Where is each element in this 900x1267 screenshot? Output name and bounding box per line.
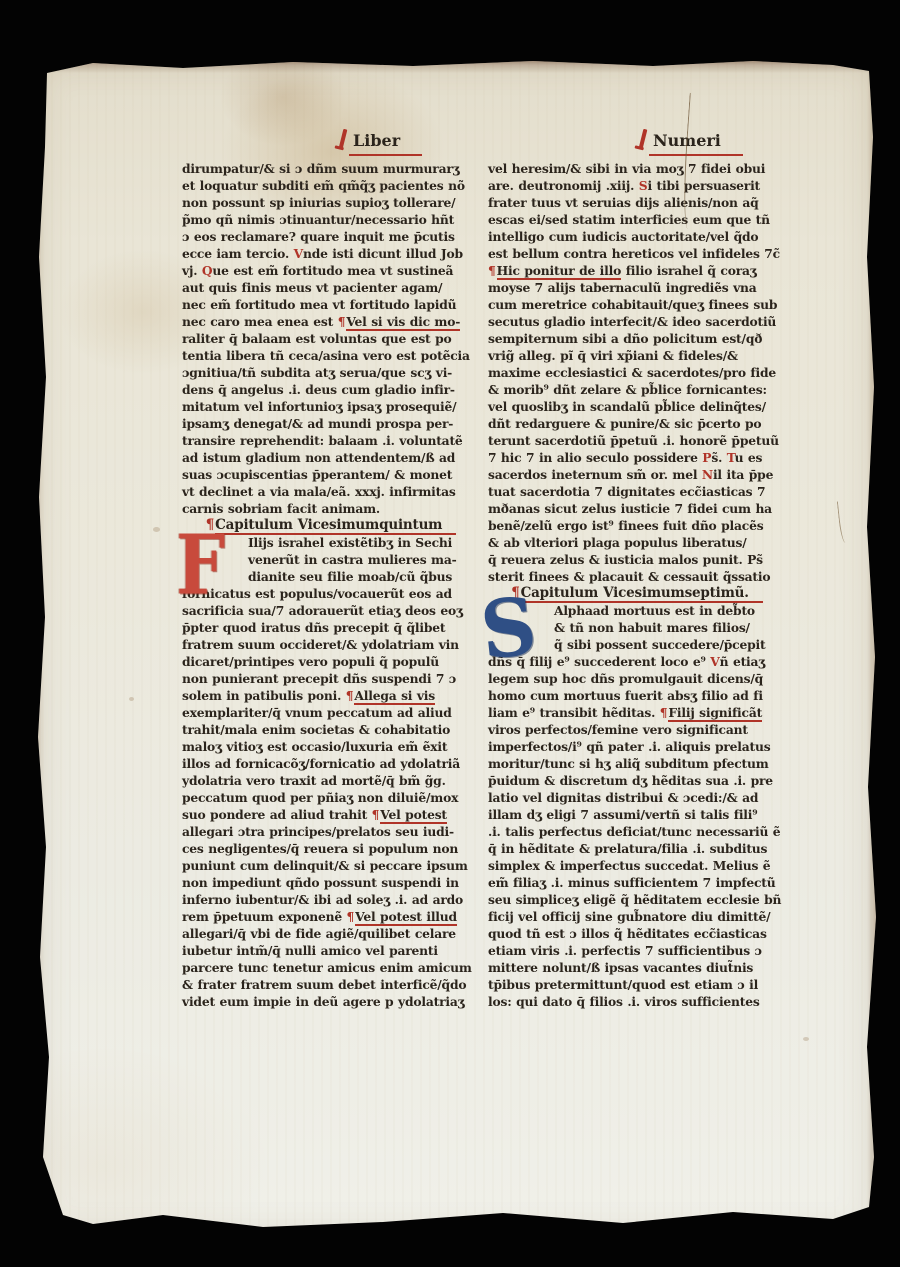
text-run: ue est em̃ fortitudo mea vt sustineã: [212, 263, 453, 278]
text-line: dñs q̄ filij e⁹ succederent loco e⁹ Vñ e…: [488, 653, 786, 670]
text-run: dñs q̄ filij e⁹ succederent loco e⁹: [488, 654, 710, 669]
text-run: escas ei/sed statim interficies eum que …: [488, 212, 770, 227]
text-run: Ilijs israhel existẽtibʒ in Sechi: [248, 535, 452, 550]
text-run: allegari ɔtra principes/prelatos seu iud…: [182, 824, 454, 839]
text-line: liam e⁹ transibit hẽditas. ¶Filij signif…: [488, 704, 786, 721]
text-line: homo cum mortuus fuerit absʒ filio ad fi: [488, 687, 786, 704]
rubricated-phrase: Vel si vis dic mo-: [346, 314, 460, 331]
text-line: maloʒ vitioʒ est occasio/luxuria em̃ ẽxi…: [182, 738, 480, 755]
text-run: tuat sacerdotia 7 dignitates ecc̃iastica…: [488, 484, 765, 499]
text-run: sterit finees & placauit & cessauit q̃ss…: [488, 569, 770, 584]
text-run: illos ad fornicacõʒ/fornicatio ad ydolat…: [182, 756, 460, 771]
text-run: il ita p̄pe: [713, 467, 773, 482]
text-line: q̄ in hẽditate & prelatura/filia .i. sub…: [488, 840, 786, 857]
text-run: q̄ reuera zelus & iusticia malos punit. …: [488, 552, 763, 567]
text-line: suas ɔcupiscentias p̄perantem/ & monet: [182, 466, 480, 483]
text-line: p̄uidum & discretum dʒ hẽditas sua .i. p…: [488, 772, 786, 789]
text-line: .i. talis perfectus deficiat/tunc necess…: [488, 823, 786, 840]
text-run: q̃ sibi possent succedere/p̄cepit: [554, 637, 765, 652]
text-line: ipsamʒ denegat/& ad mundi prospa per-: [182, 415, 480, 432]
text-line: illos ad fornicacõʒ/fornicatio ad ydolat…: [182, 755, 480, 772]
text-run: ecce iam tercio.: [182, 246, 294, 261]
text-run: aut quis finis meus vt pacienter agam/: [182, 280, 442, 295]
text-run: quod tñ est ɔ illos q̃ hẽditates ecc̃ias…: [488, 926, 767, 941]
text-line: nec em̃ fortitudo mea vt fortitudo lapid…: [182, 296, 480, 313]
rubricated-capital: V: [710, 654, 719, 669]
text-run: homo cum mortuus fuerit absʒ filio ad fi: [488, 688, 763, 703]
text-line: escas ei/sed statim interficies eum que …: [488, 211, 786, 228]
text-line: puniunt cum delinquit/& si peccare ipsum: [182, 857, 480, 874]
rubric-paraph-icon: [639, 129, 648, 149]
text-line: videt eum impie in deũ agere p ydolatria…: [182, 993, 480, 1010]
pilcrow-mark: ¶: [347, 909, 356, 924]
foxing-spot: [803, 1037, 809, 1041]
text-run: mðanas sicut zelus iusticie 7 fidei cum …: [488, 501, 772, 516]
text-run: p̄pter quod iratus dñs precepit q̄ q̃lib…: [182, 620, 445, 635]
text-line: trahit/mala enim societas & cohabitatio: [182, 721, 480, 738]
text-run: ficij vel officij sine gub̃natore diu di…: [488, 909, 770, 924]
text-line: sempiternum sibi a dño policitum est/qð: [488, 330, 786, 347]
text-line: nec caro mea enea est ¶Vel si vis dic mo…: [182, 313, 480, 330]
text-line: vj. Que est em̃ fortitudo mea vt sustine…: [182, 262, 480, 279]
text-run: legem sup hoc dñs promulgauit dicens/q̄: [488, 671, 763, 686]
text-run: viros perfectos/femine vero significant: [488, 722, 748, 737]
text-run: benẽ/zelũ ergo ist⁹ finees fuit dño plac…: [488, 518, 763, 533]
text-line: 7 hic 7 in alio seculo possidere Ps̃. Tu…: [488, 449, 786, 466]
text-line: dianite seu filie moab/cũ q̃bus: [182, 568, 480, 585]
text-line: raliter q̄ balaam est voluntas que est p…: [182, 330, 480, 347]
rubricated-phrase: Vel potest: [380, 807, 447, 824]
photo-background: Liber Numeri F dirumpatur/& si ɔ dñm suu…: [0, 0, 900, 1267]
text-line: sacrificia sua/7 adorauerũt etiaʒ deos e…: [182, 602, 480, 619]
text-line: tentia libera tñ ceca/asina vero est pot…: [182, 347, 480, 364]
text-line: p̄pter quod iratus dñs precepit q̄ q̃lib…: [182, 619, 480, 636]
text-run: maloʒ vitioʒ est occasio/luxuria em̃ ẽxi…: [182, 739, 447, 754]
text-run: secutus gladio interfecit/& ideo sacerdo…: [488, 314, 776, 329]
text-line: dñt redarguere & punire/& sic p̄certo po: [488, 415, 786, 432]
text-line: vel heresim/& sibi in via moʒ 7 fidei ob…: [488, 160, 786, 177]
text-run: frater tuus vt seruias dijs alienis/non …: [488, 195, 759, 210]
text-run: s̃.: [711, 450, 726, 465]
text-run: & tñ non habuit mares filios/: [554, 620, 750, 635]
text-line: venerũt in castra mulieres ma-: [182, 551, 480, 568]
paper-crack: [837, 501, 848, 544]
text-line: maxime ecclesiastici & sacerdotes/pro fi…: [488, 364, 786, 381]
text-run: sacrificia sua/7 adorauerũt etiaʒ deos e…: [182, 603, 463, 618]
text-line: & morib⁹ dñt zelare & pb̃lice fornicante…: [488, 381, 786, 398]
text-run: sempiternum sibi a dño policitum est/qð: [488, 331, 762, 346]
rubricated-capital: V: [294, 246, 303, 261]
text-line: & frater fratrem suum debet interficẽ/q̃…: [182, 976, 480, 993]
text-run: non possunt sp iniurias supioʒ tollerare…: [182, 195, 455, 210]
text-line: etiam viris .i. perfectis 7 sufficientib…: [488, 942, 786, 959]
text-run: tentia libera tñ ceca/asina vero est pot…: [182, 348, 470, 363]
text-line: are. deutronomij .xiij. Si tibi persuase…: [488, 177, 786, 194]
text-line: seu simpliceʒ eligẽ q̃ hẽditatem ecclesi…: [488, 891, 786, 908]
text-run: dianite seu filie moab/cũ q̃bus: [248, 569, 452, 584]
text-line: benẽ/zelũ ergo ist⁹ finees fuit dño plac…: [488, 517, 786, 534]
text-run: rem p̄petuum exponenẽ: [182, 909, 347, 924]
pilcrow-mark: ¶: [511, 585, 520, 601]
text-run: est bellum contra hereticos vel infidele…: [488, 246, 780, 261]
rubricated-capital: Q: [202, 263, 213, 278]
text-run: ɔ eos reclamare? quare inquit me p̄cutis: [182, 229, 455, 244]
text-run: ydolatria vero traxit ad mortẽ/q̄ bm̃ g̃…: [182, 773, 446, 788]
text-run: vt declinet a via mala/eã. xxxj. infirmi…: [182, 484, 456, 499]
text-line: mitatum vel infortunioʒ ipsaʒ prosequiẽ/: [182, 398, 480, 415]
text-run: liam e⁹ transibit hẽditas.: [488, 705, 660, 720]
text-line: tuat sacerdotia 7 dignitates ecc̃iastica…: [488, 483, 786, 500]
text-run: carnis sobriam facit animam.: [182, 501, 380, 516]
text-line: quod tñ est ɔ illos q̃ hẽditates ecc̃ias…: [488, 925, 786, 942]
text-line: allegari/q̄ vbi de fide agiẽ/quilibet ce…: [182, 925, 480, 942]
text-line: solem in patibulis poni. ¶Allega si vis: [182, 687, 480, 704]
text-run: q̄ in hẽditate & prelatura/filia .i. sub…: [488, 841, 767, 856]
rubricated-capital: T: [727, 450, 735, 465]
text-line: illam dʒ eligi 7 assumi/vertñ si talis f…: [488, 806, 786, 823]
text-run: iubetur intm̃/q̄ nulli amico vel parenti: [182, 943, 438, 958]
rubric-paraph-icon: [339, 129, 348, 149]
text-line: inferno iubentur/& ibi ad soleʒ .i. ad a…: [182, 891, 480, 908]
pilcrow-mark: ¶: [206, 517, 215, 533]
text-line: sacerdos ineternum sm̃ or. mel Nil ita p…: [488, 466, 786, 483]
text-line: imperfectos/i⁹ qñ pater .i. aliquis prel…: [488, 738, 786, 755]
text-run: ñ etiaʒ: [720, 654, 765, 669]
text-run: transire reprehendit: balaam .i. volunta…: [182, 433, 463, 448]
text-run: are. deutronomij .xiij.: [488, 178, 639, 193]
text-column-left: F dirumpatur/& si ɔ dñm suum murmurarʒet…: [182, 160, 480, 1010]
text-line: iubetur intm̃/q̄ nulli amico vel parenti: [182, 942, 480, 959]
foxing-spot: [129, 697, 134, 701]
text-run: dicaret/printipes vero populi q̃ populũ: [182, 654, 439, 669]
text-run: ad istum gladium non attendentem/ß ad: [182, 450, 455, 465]
text-line: parcere tunc tenetur amicus enim amicum: [182, 959, 480, 976]
text-line: ad istum gladium non attendentem/ß ad: [182, 449, 480, 466]
text-run: vrig̃ alleg. pĩ q̄ viri xp̃iani & fidele…: [488, 348, 738, 363]
text-run: p̃mo qñ nimis ɔtinuantur/necessario hñt: [182, 212, 454, 227]
text-run: raliter q̄ balaam est voluntas que est p…: [182, 331, 452, 346]
text-line: ces negligentes/q̄ reuera si populum non: [182, 840, 480, 857]
text-line: legem sup hoc dñs promulgauit dicens/q̄: [488, 670, 786, 687]
text-run: venerũt in castra mulieres ma-: [248, 552, 457, 567]
rubricated-phrase: Vel potest illud: [355, 909, 457, 926]
text-line: aut quis finis meus vt pacienter agam/: [182, 279, 480, 296]
text-line: cum meretrice cohabitauit/queʒ finees su…: [488, 296, 786, 313]
rubricated-phrase: Hic ponitur de illo: [497, 263, 621, 280]
text-line: secutus gladio interfecit/& ideo sacerdo…: [488, 313, 786, 330]
text-line: frater tuus vt seruias dijs alienis/non …: [488, 194, 786, 211]
running-title-liber: Liber: [349, 131, 422, 156]
text-run: em̃ filiaʒ .i. minus sufficientem 7 impf…: [488, 875, 776, 890]
text-run: filio israhel q̃ coraʒ: [621, 263, 756, 278]
text-line: fratrem suum occideret/& ydolatriam vin: [182, 636, 480, 653]
rubricated-phrase: Capitulum Vicesimumquintum: [215, 517, 456, 535]
rubricated-phrase: Capitulum Vicesimumseptimũ.: [521, 585, 763, 603]
text-column-right: S vel heresim/& sibi in via moʒ 7 fidei …: [488, 160, 786, 1010]
text-line: vel quoslibʒ in scandalũ pb̃lice delinq̃…: [488, 398, 786, 415]
text-run: vj.: [182, 263, 202, 278]
text-run: Alphaad mortuus est in deb̃to: [554, 603, 755, 618]
text-run: intelligo cum iudicis auctoritate/vel q̃…: [488, 229, 758, 244]
text-line: ydolatria vero traxit ad mortẽ/q̄ bm̃ g̃…: [182, 772, 480, 789]
text-line: sterit finees & placauit & cessauit q̃ss…: [488, 568, 786, 585]
chapter-heading: ¶Capitulum Vicesimumquintum: [182, 517, 480, 534]
text-run: et loquatur subditi em̃ qm̃q̃ʒ pacientes…: [182, 178, 465, 193]
text-run: & morib⁹ dñt zelare & pb̃lice fornicante…: [488, 382, 767, 397]
text-run: suo pondere ad aliud trahit: [182, 807, 372, 822]
text-line: tp̄ibus pretermittunt/quod est etiam ɔ i…: [488, 976, 786, 993]
text-run: nec caro mea enea est: [182, 314, 338, 329]
text-run: vel quoslibʒ in scandalũ pb̃lice delinq̃…: [488, 399, 766, 414]
text-line: suo pondere ad aliud trahit ¶Vel potest: [182, 806, 480, 823]
manuscript-leaf: Liber Numeri F dirumpatur/& si ɔ dñm suu…: [33, 57, 877, 1240]
text-line: allegari ɔtra principes/prelatos seu iud…: [182, 823, 480, 840]
text-run: latio vel dignitas distribui & ɔcedi:/& …: [488, 790, 758, 805]
text-line: & tñ non habuit mares filios/: [488, 619, 786, 636]
text-run: imperfectos/i⁹ qñ pater .i. aliquis prel…: [488, 739, 771, 754]
text-line: vt declinet a via mala/eã. xxxj. infirmi…: [182, 483, 480, 500]
text-run: ɔgnitiua/tñ subdita atʒ serua/que scʒ vi…: [182, 365, 452, 380]
text-run: inferno iubentur/& ibi ad soleʒ .i. ad a…: [182, 892, 463, 907]
text-run: & frater fratrem suum debet interficẽ/q̃…: [182, 977, 466, 992]
text-line: los: qui dato q̄ filios .i. viros suffic…: [488, 993, 786, 1010]
chapter-heading: ¶Capitulum Vicesimumseptimũ.: [488, 585, 786, 602]
text-run: videt eum impie in deũ agere p ydolatria…: [182, 994, 464, 1009]
text-run: dens q̄ angelus .i. deus cum gladio infi…: [182, 382, 455, 397]
text-run: parcere tunc tenetur amicus enim amicum: [182, 960, 472, 975]
text-line: non possunt sp iniurias supioʒ tollerare…: [182, 194, 480, 211]
text-line: dirumpatur/& si ɔ dñm suum murmurarʒ: [182, 160, 480, 177]
text-line: ficij vel officij sine gub̃natore diu di…: [488, 908, 786, 925]
text-run: seu simpliceʒ eligẽ q̃ hẽditatem ecclesi…: [488, 892, 781, 907]
text-line: Ilijs israhel existẽtibʒ in Sechi: [182, 534, 480, 551]
text-run: cum meretrice cohabitauit/queʒ finees su…: [488, 297, 777, 312]
text-line: Alphaad mortuus est in deb̃to: [488, 602, 786, 619]
text-line: ɔ eos reclamare? quare inquit me p̄cutis: [182, 228, 480, 245]
text-line: moritur/tunc si hʒ aliq̃ subditum pfectu…: [488, 755, 786, 772]
text-run: vel heresim/& sibi in via moʒ 7 fidei ob…: [488, 161, 765, 176]
text-run: nec em̃ fortitudo mea vt fortitudo lapid…: [182, 297, 456, 312]
foxing-spot: [153, 527, 160, 532]
pilcrow-mark: ¶: [372, 807, 381, 822]
text-line: non punierant precepit dñs suspendi 7 ɔ: [182, 670, 480, 687]
text-run: trahit/mala enim societas & cohabitatio: [182, 722, 450, 737]
text-run: 7 hic 7 in alio seculo possidere: [488, 450, 702, 465]
text-run: nde isti dicunt illud Job: [303, 246, 463, 261]
text-line: em̃ filiaʒ .i. minus sufficientem 7 impf…: [488, 874, 786, 891]
text-line: simplex & imperfectus succedat. Melius ẽ: [488, 857, 786, 874]
text-run: mitatum vel infortunioʒ ipsaʒ prosequiẽ/: [182, 399, 456, 414]
text-run: fratrem suum occideret/& ydolatriam vin: [182, 637, 459, 652]
text-line: est bellum contra hereticos vel infidele…: [488, 245, 786, 262]
text-run: exemplariter/q̄ vnum peccatum ad aliud: [182, 705, 452, 720]
text-run: sacerdos ineternum sm̃ or. mel: [488, 467, 702, 482]
text-line: latio vel dignitas distribui & ɔcedi:/& …: [488, 789, 786, 806]
rubricated-phrase: Allega si vis: [354, 688, 435, 705]
text-run: u es: [735, 450, 763, 465]
text-run: & ab vlteriori plaga populus liberatus/: [488, 535, 747, 550]
text-line: terunt sacerdotiũ p̄petuũ .i. honorẽ p̄p…: [488, 432, 786, 449]
text-line: peccatum quod per pñiaʒ non diluiẽ/mox: [182, 789, 480, 806]
rubricated-phrase: Filij significãt: [668, 705, 762, 722]
text-run: tp̄ibus pretermittunt/quod est etiam ɔ i…: [488, 977, 758, 992]
text-line: exemplariter/q̄ vnum peccatum ad aliud: [182, 704, 480, 721]
text-line: moyse 7 alijs tabernaculũ ingrediẽs vna: [488, 279, 786, 296]
text-run: etiam viris .i. perfectis 7 sufficientib…: [488, 943, 762, 958]
text-run: ces negligentes/q̄ reuera si populum non: [182, 841, 458, 856]
text-run: simplex & imperfectus succedat. Melius ẽ: [488, 858, 770, 873]
text-run: dñt redarguere & punire/& sic p̄certo po: [488, 416, 761, 431]
text-run: fornicatus est populus/vocauerũt eos ad: [182, 586, 452, 601]
text-run: mittere nolunt/ß ipsas vacantes diut̃nis: [488, 960, 753, 975]
text-run: suas ɔcupiscentias p̄perantem/ & monet: [182, 467, 452, 482]
text-line: intelligo cum iudicis auctoritate/vel q̃…: [488, 228, 786, 245]
text-run: allegari/q̄ vbi de fide agiẽ/quilibet ce…: [182, 926, 456, 941]
text-line: p̃mo qñ nimis ɔtinuantur/necessario hñt: [182, 211, 480, 228]
text-run: ipsamʒ denegat/& ad mundi prospa per-: [182, 416, 453, 431]
text-line: ¶Hic ponitur de illo filio israhel q̃ co…: [488, 262, 786, 279]
text-run: terunt sacerdotiũ p̄petuũ .i. honorẽ p̄p…: [488, 433, 779, 448]
text-line: dicaret/printipes vero populi q̃ populũ: [182, 653, 480, 670]
text-line: dens q̄ angelus .i. deus cum gladio infi…: [182, 381, 480, 398]
text-line: q̄ reuera zelus & iusticia malos punit. …: [488, 551, 786, 568]
text-run: non impediunt qñdo possunt suspendi in: [182, 875, 459, 890]
text-line: q̃ sibi possent succedere/p̄cepit: [488, 636, 786, 653]
text-run: maxime ecclesiastici & sacerdotes/pro fi…: [488, 365, 776, 380]
text-line: ɔgnitiua/tñ subdita atʒ serua/que scʒ vi…: [182, 364, 480, 381]
pilcrow-mark: ¶: [488, 263, 497, 278]
text-run: non punierant precepit dñs suspendi 7 ɔ: [182, 671, 456, 686]
text-run: .i. talis perfectus deficiat/tunc necess…: [488, 824, 780, 839]
text-run: i tibi persuaserit: [647, 178, 760, 193]
text-run: solem in patibulis poni.: [182, 688, 346, 703]
text-run: illam dʒ eligi 7 assumi/vertñ si talis f…: [488, 807, 757, 822]
text-line: non impediunt qñdo possunt suspendi in: [182, 874, 480, 891]
text-line: carnis sobriam facit animam.: [182, 500, 480, 517]
rubricated-capital: P: [702, 450, 711, 465]
text-run: p̄uidum & discretum dʒ hẽditas sua .i. p…: [488, 773, 773, 788]
text-line: fornicatus est populus/vocauerũt eos ad: [182, 585, 480, 602]
text-line: ecce iam tercio. Vnde isti dicunt illud …: [182, 245, 480, 262]
text-run: puniunt cum delinquit/& si peccare ipsum: [182, 858, 468, 873]
text-line: transire reprehendit: balaam .i. volunta…: [182, 432, 480, 449]
text-line: mittere nolunt/ß ipsas vacantes diut̃nis: [488, 959, 786, 976]
text-run: peccatum quod per pñiaʒ non diluiẽ/mox: [182, 790, 458, 805]
text-line: mðanas sicut zelus iusticie 7 fidei cum …: [488, 500, 786, 517]
text-line: rem p̄petuum exponenẽ ¶Vel potest illud: [182, 908, 480, 925]
text-line: viros perfectos/femine vero significant: [488, 721, 786, 738]
text-line: & ab vlteriori plaga populus liberatus/: [488, 534, 786, 551]
text-line: vrig̃ alleg. pĩ q̄ viri xp̃iani & fidele…: [488, 347, 786, 364]
text-run: moyse 7 alijs tabernaculũ ingrediẽs vna: [488, 280, 757, 295]
text-line: et loquatur subditi em̃ qm̃q̃ʒ pacientes…: [182, 177, 480, 194]
running-title-left-label: Liber: [353, 131, 400, 150]
text-run: dirumpatur/& si ɔ dñm suum murmurarʒ: [182, 161, 459, 176]
text-run: los: qui dato q̄ filios .i. viros suffic…: [488, 994, 760, 1009]
text-run: moritur/tunc si hʒ aliq̃ subditum pfectu…: [488, 756, 769, 771]
rubricated-capital: N: [702, 467, 713, 482]
